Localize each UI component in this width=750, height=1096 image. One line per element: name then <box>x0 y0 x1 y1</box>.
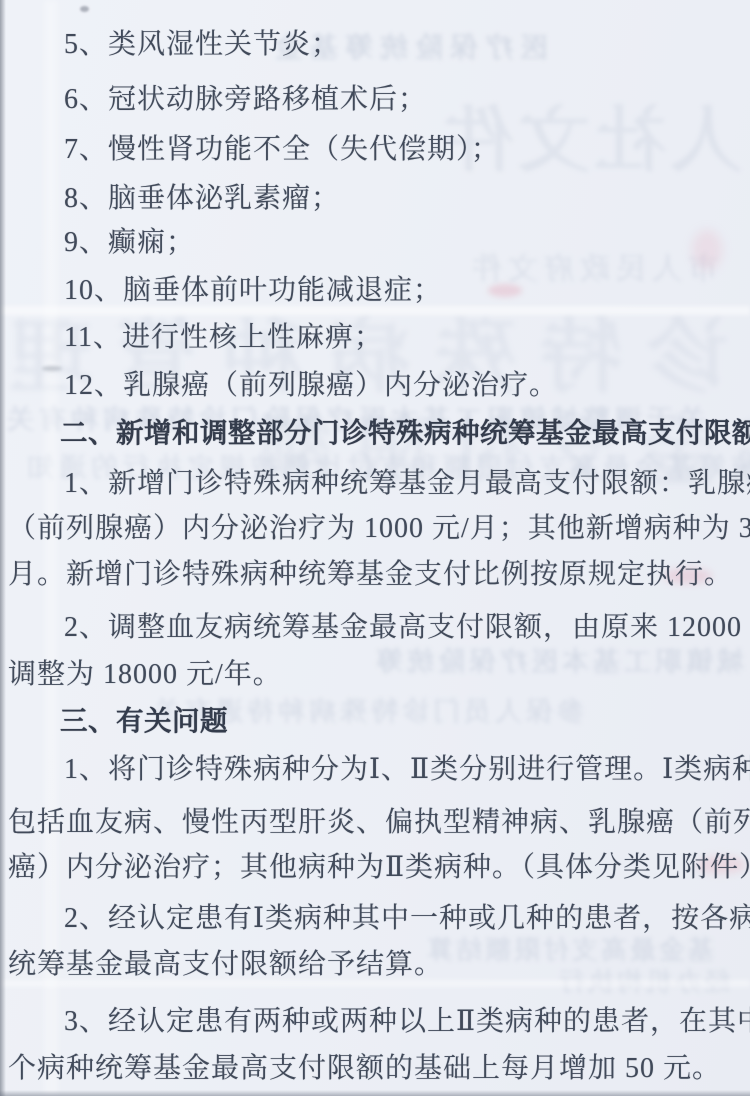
para-3-1-line-2: 包括血友病、慢性丙型肝炎、偏执型精神病、乳腺癌（前列腺 <box>8 806 750 840</box>
paper-speck <box>42 366 62 371</box>
list-item-6: 6、冠状动脉旁路移植术后； <box>64 83 427 117</box>
para-2-2-line-2: 调整为 18000 元/年。 <box>8 658 282 692</box>
bleed-through-text: 经办机构执行 <box>556 962 730 999</box>
section-heading-3: 三、有关问题 <box>60 704 228 738</box>
list-item-10: 10、脑垂体前叶功能减退症； <box>64 274 442 308</box>
ink-smudge <box>488 284 522 297</box>
para-2-1-line-1: 1、新增门诊特殊病种统筹基金月最高支付限额：乳腺癌 <box>64 467 750 501</box>
scanned-document-page: 医疗保险统筹基金 人社文件 市人民政府文件 门诊特殊病种管理 基金支付限额 关于… <box>0 0 750 1096</box>
list-item-12: 12、乳腺癌（前列腺癌）内分泌治疗。 <box>64 369 558 403</box>
para-3-1-line-1: 1、将门诊特殊病种分为Ⅰ、Ⅱ类分别进行管理。Ⅰ类病种 <box>64 753 750 787</box>
para-3-3-line-2: 个病种统筹基金最高支付限额的基础上每月增加 50 元。 <box>8 1052 721 1086</box>
list-item-5: 5、类风湿性关节炎； <box>64 28 340 62</box>
para-2-1-line-3: 月。新增门诊特殊病种统筹基金支付比例按原规定执行。 <box>8 558 733 592</box>
scan-edge-left <box>0 0 6 1096</box>
para-3-3-line-1: 3、经认定患有两种或两种以上Ⅱ类病种的患者，在其中一 <box>64 1005 750 1039</box>
list-item-7: 7、慢性肾功能不全（失代偿期）； <box>64 133 500 167</box>
section-heading-2: 二、新增和调整部分门诊特殊病种统筹基金最高支付限额 <box>60 416 750 450</box>
para-3-2-line-1: 2、经认定患有Ⅰ类病种其中一种或几种的患者，按各病种 <box>64 902 750 936</box>
para-2-2-line-1: 2、调整血友病统筹基金最高支付限额，由原来 12000 元/年 <box>64 611 750 645</box>
list-item-9: 9、癫痫； <box>64 226 195 260</box>
bleed-through-text: 城镇职工基本医疗保险统筹 <box>372 640 744 679</box>
list-item-8: 8、脑垂体泌乳素瘤； <box>64 182 340 216</box>
bleed-through-text: 市人民政府文件 <box>466 244 718 288</box>
para-3-1-line-3: 癌）内分泌治疗；其他病种为Ⅱ类病种。（具体分类见附件） <box>8 851 750 885</box>
scan-streak <box>44 0 58 1096</box>
para-2-1-line-2: （前列腺癌）内分泌治疗为 1000 元/月；其他新增病种为 350 元/ <box>8 512 750 546</box>
scan-edge-bottom <box>0 1090 750 1096</box>
ink-smudge <box>692 230 722 270</box>
para-3-2-line-2: 统筹基金最高支付限额给予结算。 <box>8 948 443 982</box>
paper-speck <box>80 6 89 12</box>
list-item-11: 11、进行性核上性麻痹； <box>64 321 383 355</box>
